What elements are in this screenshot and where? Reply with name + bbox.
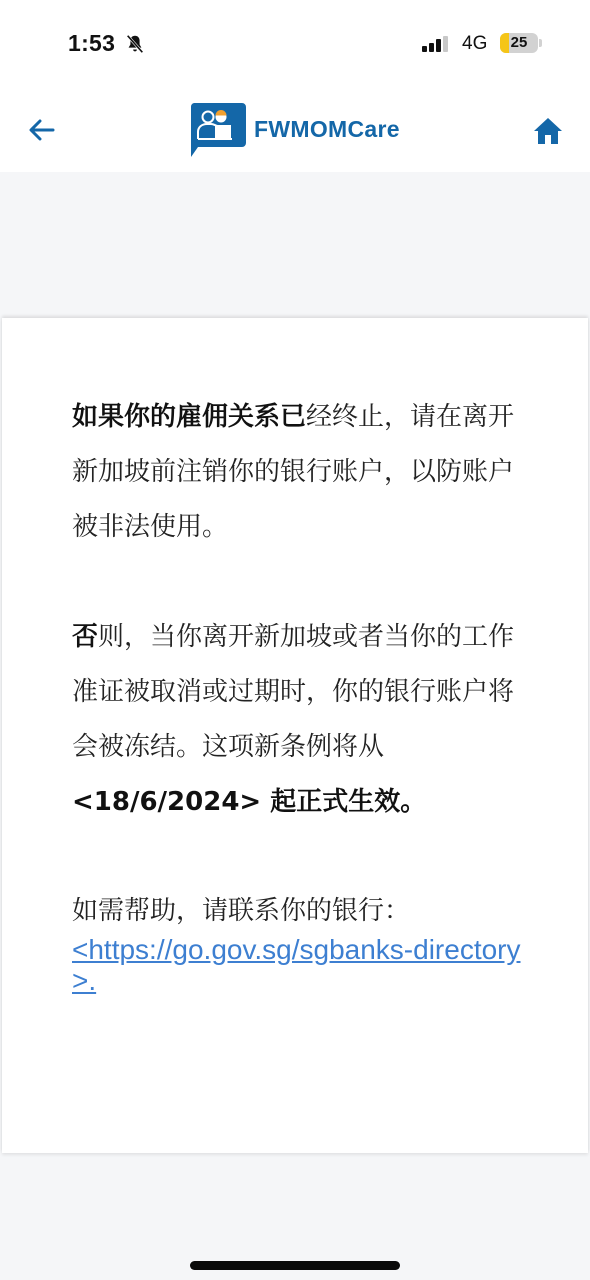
status-time: 1:53 [68,30,115,57]
home-indicator[interactable] [190,1261,400,1270]
paragraph1-bold: 如果你的雇佣关系已 [72,402,306,432]
message-card: 如果你的雇佣关系已经终止，请在离开新加坡前注销你的银行账户，以防账户被非法使用。… [2,318,588,1153]
bell-slash-icon [124,33,146,55]
battery-icon: 25 [500,33,538,53]
help-text: 如需帮助，请联系你的银行： [72,896,410,926]
paragraph2-text: 则，当你离开新加坡或者当你的工作准证被取消或过期时，你的银行账户将会被冻结。这项… [72,622,514,762]
paragraph-account-closure: 如果你的雇佣关系已经终止，请在离开新加坡前注销你的银行账户，以防账户被非法使用。 [72,390,532,555]
fwmomcare-logo-icon [190,103,246,158]
home-icon[interactable] [532,116,564,146]
paragraph-account-freeze: 否则，当你离开新加坡或者当你的工作准证被取消或过期时，你的银行账户将会被冻结。这… [72,610,532,830]
network-type: 4G [462,33,487,55]
paragraph-help: 如需帮助，请联系你的银行：<https://go.gov.sg/sgbanks-… [72,888,532,996]
battery-percent: 25 [500,33,538,53]
bank-directory-link[interactable]: <https://go.gov.sg/sgbanks-directory>. [72,934,532,996]
app-title: FWMOMCare [254,116,400,143]
app-header: FWMOMCare [0,88,590,172]
arrow-left-icon[interactable] [26,116,58,144]
effective-date: <18/6/2024> 起正式生效。 [72,787,426,817]
paragraph2-bold-start: 否 [72,622,98,652]
header-spacer [0,172,590,318]
status-bar: 1:53 4G 25 [0,0,590,88]
battery-cap [539,39,542,47]
signal-icon [422,36,452,52]
